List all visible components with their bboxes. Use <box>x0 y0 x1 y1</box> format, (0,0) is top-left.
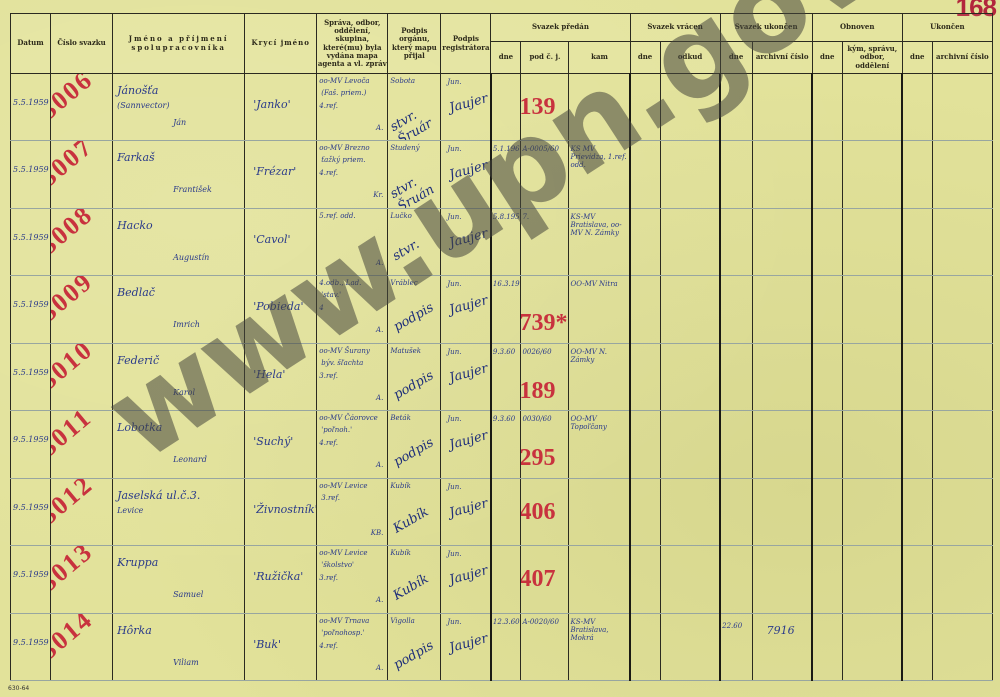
department-line: oo-MV Šurany <box>319 347 370 355</box>
department-line: A. <box>376 394 383 402</box>
cell-jmeno: Federič Karol <box>113 343 245 410</box>
cell-ukoncen-dne <box>720 546 752 613</box>
department-line: A. <box>376 124 383 132</box>
registrar-signature: Jaujer <box>448 428 490 453</box>
given-name-text: Augustín <box>173 253 209 262</box>
cell-ukoncen-archiv <box>752 411 812 478</box>
cell-predan-kam: KS-MV Bratislava, oo-MV N. Zámky <box>569 208 630 275</box>
cell-obnoven-kym <box>842 343 902 410</box>
register-stamp: 6139 <box>521 94 556 121</box>
cell-podpis-organu: Kubík Kubík <box>388 546 441 613</box>
department-line: 4.ref. <box>319 439 338 447</box>
cell-obnoven-dne <box>812 141 842 208</box>
header-sprava: Správa, odbor, oddělení, skupina, které(… <box>317 14 388 74</box>
department-line: oo-MV Levoča <box>319 77 369 85</box>
cell-predan-kam: OO-MV Topoľčany <box>569 411 630 478</box>
cell-cislo: 3008 <box>51 208 113 275</box>
cell-cislo: 3011 <box>51 411 113 478</box>
cell-kryci: 'Frézar' <box>245 141 317 208</box>
date-text: 9.5.1959 <box>13 435 49 444</box>
table-row: 9.5.1959 3012 Jaselská ul.č.3. Levice 'Ž… <box>11 478 993 545</box>
cell-predan-cj: 7. <box>521 208 569 275</box>
cell-podpis-organu: Matušek podpis <box>388 343 441 410</box>
cell-predan-cj: 6406 <box>521 478 569 545</box>
cell-obnoven-dne <box>812 208 842 275</box>
cell-datum: 9.5.1959 <box>11 546 51 613</box>
cell-vracen-odkud <box>660 343 720 410</box>
officer-name: Vráblec <box>390 279 417 287</box>
cell-podpis-registratora: Jun. Jaujer <box>441 546 491 613</box>
handover-destination: OO-MV Nitra <box>570 280 628 288</box>
codename-text: 'Hela' <box>253 368 285 381</box>
cell-ukoncen2-archiv <box>932 613 992 681</box>
cell-podpis-registratora: Jun. Jaujer <box>441 478 491 545</box>
department-line: 4.ref. <box>319 102 338 110</box>
handover-ref: 0026/60 <box>522 348 551 356</box>
cell-podpis-organu: Vráblec podpis <box>388 276 441 343</box>
header-obnoven: Obnoven <box>812 14 902 42</box>
cell-obnoven-kym <box>842 546 902 613</box>
table-row: 5.5.1959 3009 Bedlač Imrich 'Pobieda' 4.… <box>11 276 993 343</box>
officer-signature: Kubík <box>391 504 432 536</box>
cell-podpis-registratora: Jun. Jaujer <box>441 141 491 208</box>
cell-podpis-registratora: Jun. Jaujer <box>441 74 491 141</box>
subheader-ukoncen-dne: dne <box>720 42 752 74</box>
officer-signature: stvr. Šruán <box>388 165 441 208</box>
cell-sprava: oo-MV Trnava 'poľnohosp.' 4.ref. A. <box>317 613 388 681</box>
cell-datum: 9.5.1959 <box>11 478 51 545</box>
handover-date: 9.3.60 <box>493 415 515 423</box>
department-line: 'poľnoh.' <box>321 426 352 434</box>
registrar-signature: Jaujer <box>448 361 490 386</box>
registrar-title: Jun. <box>447 348 461 356</box>
closed-date: 22.60 <box>722 622 742 630</box>
header-svazek-predan: Svazek předán <box>491 14 630 42</box>
cell-obnoven-kym <box>842 276 902 343</box>
file-number-stamp: 3012 <box>51 478 99 531</box>
table-row: 9.5.1959 3011 Lobotka Leonard 'Suchý' oo… <box>11 411 993 478</box>
cell-kryci: 'Pobieda' <box>245 276 317 343</box>
cell-ukoncen-dne <box>720 478 752 545</box>
department-line: 'poľnohosp.' <box>321 629 364 637</box>
surname-text: Kruppa <box>117 556 158 569</box>
officer-signature: podpis <box>392 638 437 673</box>
date-text: 9.5.1959 <box>13 503 49 512</box>
codename-text: 'Cavol' <box>253 233 290 246</box>
codename-text: 'Ružička' <box>253 570 303 583</box>
department-line: 'stav.' <box>321 291 341 299</box>
cell-predan-dne: 12.3.60 <box>491 613 521 681</box>
cell-predan-dne: 16.3.1960 <box>491 276 521 343</box>
form-code: 630-64 <box>8 685 29 692</box>
register-stamp: 6739*- <box>521 310 569 337</box>
registrar-signature: Jaujer <box>448 159 490 184</box>
codename-text: 'Suchý' <box>253 435 293 448</box>
table-row: 5.5.1959 3006 Jánošťa (Sannvector) Ján '… <box>11 74 993 141</box>
cell-predan-kam <box>569 74 630 141</box>
handover-destination: KS MV Prievidza, 1.ref. odd. <box>570 145 628 169</box>
cell-obnoven-kym <box>842 141 902 208</box>
cell-predan-kam: KS-MV Bratislava, Mokrá <box>569 613 630 681</box>
cell-sprava: oo-MV Levoča (Faš. priem.) 4.ref. A. <box>317 74 388 141</box>
cell-ukoncen2-archiv <box>932 276 992 343</box>
cell-vracen-dne <box>630 74 660 141</box>
department-line: A. <box>376 461 383 469</box>
officer-signature: stvr. <box>390 237 422 264</box>
cell-ukoncen-archiv <box>752 208 812 275</box>
codename-text: 'Pobieda' <box>253 300 303 313</box>
given-name-text: Viliam <box>173 658 199 667</box>
cell-predan-cj: 6139 <box>521 74 569 141</box>
cell-cislo: 3013 <box>51 546 113 613</box>
cell-obnoven-dne <box>812 546 842 613</box>
codename-text: 'Frézar' <box>253 165 296 178</box>
cell-datum: 5.5.1959 <box>11 208 51 275</box>
department-line: oo-MV Trnava <box>319 617 369 625</box>
department-line: oo-MV Levice <box>319 482 367 490</box>
handover-ref: 7. <box>522 213 529 221</box>
cell-cislo: 3006 <box>51 74 113 141</box>
cell-podpis-organu: Sobota stvr. Šruár <box>388 74 441 141</box>
cell-jmeno: Kruppa Samuel <box>113 546 245 613</box>
cell-vracen-odkud <box>660 411 720 478</box>
cell-ukoncen-dne <box>720 276 752 343</box>
department-line: 4.odb., Lad. <box>319 279 361 287</box>
cell-datum: 5.5.1959 <box>11 141 51 208</box>
registrar-title: Jun. <box>447 213 461 221</box>
department-line: oo-MV Čáorovce <box>319 414 378 422</box>
date-text: 9.5.1959 <box>13 638 49 647</box>
file-number-stamp: 3014 <box>51 613 99 666</box>
cell-predan-cj: A-0005/60 <box>521 141 569 208</box>
cell-jmeno: Lobotka Leonard <box>113 411 245 478</box>
cell-cislo: 3009 <box>51 276 113 343</box>
cell-cislo: 3014 <box>51 613 113 681</box>
date-text: 5.5.1959 <box>13 165 49 174</box>
cell-vracen-odkud <box>660 208 720 275</box>
department-line: A. <box>376 326 383 334</box>
given-name-text: Leonard <box>173 455 207 464</box>
officer-name: Studený <box>390 144 419 152</box>
registrar-signature: Jaujer <box>448 563 490 588</box>
register-stamp: 6295 <box>521 445 556 472</box>
cell-ukoncen-archiv: 7916 <box>752 613 812 681</box>
cell-ukoncen2-archiv <box>932 343 992 410</box>
cell-podpis-registratora: Jun. Jaujer <box>441 411 491 478</box>
cell-jmeno: Bedlač Imrich <box>113 276 245 343</box>
handover-destination: OO-MV N. Zámky <box>570 348 628 364</box>
registrar-signature: Jaujer <box>448 91 490 116</box>
register-stamp: 6406 <box>521 499 556 526</box>
cell-ukoncen-archiv <box>752 343 812 410</box>
cell-ukoncen2-archiv <box>932 478 992 545</box>
department-line: 3.ref. <box>319 574 338 582</box>
cell-ukoncen-dne <box>720 343 752 410</box>
cell-vracen-odkud <box>660 141 720 208</box>
officer-name: Vigolla <box>390 617 415 625</box>
officer-signature: podpis <box>392 300 437 335</box>
cell-kryci: 'Janko' <box>245 74 317 141</box>
department-line: ťažký priem. <box>321 156 365 164</box>
header-datum: Datum <box>11 14 51 74</box>
file-number-stamp: 3010 <box>51 343 99 396</box>
cell-ukoncen2-dne <box>902 276 932 343</box>
cell-sprava: oo-MV Šurany býv. šľachta 3.ref. A. <box>317 343 388 410</box>
cell-vracen-odkud <box>660 74 720 141</box>
officer-signature: Kubík <box>391 572 432 604</box>
cell-vracen-dne <box>630 141 660 208</box>
surname-text: Lobotka <box>117 421 162 434</box>
given-name-text: František <box>173 185 212 194</box>
cell-predan-dne <box>491 478 521 545</box>
cell-predan-kam <box>569 478 630 545</box>
cell-podpis-organu: Vigolla podpis <box>388 613 441 681</box>
cell-obnoven-kym <box>842 208 902 275</box>
cell-obnoven-dne <box>812 343 842 410</box>
codename-text: 'Janko' <box>253 98 290 111</box>
cell-ukoncen2-archiv <box>932 411 992 478</box>
cell-predan-cj: 0030/606295 <box>521 411 569 478</box>
codename-text: 'Živnostník' <box>253 503 317 516</box>
cell-ukoncen-archiv <box>752 276 812 343</box>
officer-name: Beták <box>390 414 411 422</box>
cell-datum: 5.5.1959 <box>11 74 51 141</box>
department-line: KB. <box>371 529 384 537</box>
department-line: oo-MV Levice <box>319 549 367 557</box>
department-line: 4 <box>319 304 323 312</box>
cell-obnoven-kym <box>842 478 902 545</box>
header-podpis-registratora: Podpis registrátora <box>441 14 491 74</box>
officer-signature: stvr. Šruár <box>388 98 441 141</box>
cell-ukoncen-archiv <box>752 546 812 613</box>
cell-podpis-organu: Lučko stvr. <box>388 208 441 275</box>
cell-ukoncen-dne <box>720 411 752 478</box>
cell-sprava: 4.odb., Lad. 'stav.' 4 A. <box>317 276 388 343</box>
cell-predan-dne <box>491 74 521 141</box>
surname-text: Federič <box>117 354 159 367</box>
cell-obnoven-kym <box>842 613 902 681</box>
given-name-text: Imrich <box>173 320 200 329</box>
officer-name: Sobota <box>390 77 415 85</box>
cell-ukoncen-archiv <box>752 478 812 545</box>
handover-destination: OO-MV Topoľčany <box>570 415 628 431</box>
handover-date: 9.3.60 <box>493 348 515 356</box>
cell-kryci: 'Buk' <box>245 613 317 681</box>
cell-predan-cj: A-0020/60 <box>521 613 569 681</box>
cell-ukoncen2-dne <box>902 343 932 410</box>
given-name-text: Ján <box>173 118 186 127</box>
cell-predan-cj: 6739*- <box>521 276 569 343</box>
cell-jmeno: Hacko Augustín <box>113 208 245 275</box>
cell-predan-kam: OO-MV Nitra <box>569 276 630 343</box>
cell-obnoven-dne <box>812 613 842 681</box>
department-line: 4.ref. <box>319 642 338 650</box>
cell-vracen-odkud <box>660 276 720 343</box>
handover-date: 5.8.1959 <box>493 213 521 221</box>
cell-predan-dne <box>491 546 521 613</box>
file-number-stamp: 3011 <box>51 411 98 464</box>
cell-obnoven-dne <box>812 478 842 545</box>
cell-predan-kam: OO-MV N. Zámky <box>569 343 630 410</box>
cell-jmeno: Farkaš František <box>113 141 245 208</box>
table-row: 5.5.1959 3007 Farkaš František 'Frézar' … <box>11 141 993 208</box>
cell-sprava: oo-MV Levice 'školstvo' 3.ref. A. <box>317 546 388 613</box>
file-number-stamp: 3008 <box>51 208 99 261</box>
subheader-obnoven-dne: dne <box>812 42 842 74</box>
cell-podpis-registratora: Jun. Jaujer <box>441 276 491 343</box>
surname-text: Hôrka <box>117 624 152 637</box>
cell-ukoncen2-archiv <box>932 208 992 275</box>
cell-kryci: 'Ružička' <box>245 546 317 613</box>
cell-cislo: 3012 <box>51 478 113 545</box>
header-ukoncen: Ukončen <box>902 14 992 42</box>
ledger-sheet: 168 Datum Číslo svazku Jméno a příjmení … <box>0 0 1000 697</box>
cell-vracen-odkud <box>660 478 720 545</box>
cell-ukoncen2-archiv <box>932 74 992 141</box>
cell-ukoncen2-archiv <box>932 546 992 613</box>
handover-destination: KS-MV Bratislava, oo-MV N. Zámky <box>570 213 628 237</box>
cell-datum: 9.5.1959 <box>11 411 51 478</box>
header-kryci-jmeno: Krycí jméno <box>245 14 317 74</box>
cell-jmeno: Hôrka Viliam <box>113 613 245 681</box>
cell-ukoncen2-dne <box>902 74 932 141</box>
note-text: Levice <box>117 506 143 515</box>
cell-vracen-dne <box>630 208 660 275</box>
officer-signature: podpis <box>392 368 437 403</box>
cell-kryci: 'Hela' <box>245 343 317 410</box>
table-row: 5.5.1959 3010 Federič Karol 'Hela' oo-MV… <box>11 343 993 410</box>
cell-ukoncen2-dne <box>902 546 932 613</box>
date-text: 5.5.1959 <box>13 98 49 107</box>
registrar-title: Jun. <box>447 78 461 86</box>
cell-podpis-organu: Kubík Kubík <box>388 478 441 545</box>
registrar-signature: Jaujer <box>448 496 490 521</box>
surname-text: Bedlač <box>117 286 155 299</box>
subheader-vracen-dne: dne <box>630 42 660 74</box>
subheader-ukoncen2-archiv: archivní číslo <box>932 42 992 74</box>
handover-ref: A-0020/60 <box>522 618 559 626</box>
archive-number: 7916 <box>767 624 795 637</box>
given-name-text: Karol <box>173 388 195 397</box>
registrar-title: Jun. <box>447 145 461 153</box>
ledger-body: 5.5.1959 3006 Jánošťa (Sannvector) Ján '… <box>11 74 993 681</box>
cell-sprava: oo-MV Levice 3.ref. KB. <box>317 478 388 545</box>
cell-ukoncen-dne <box>720 141 752 208</box>
cell-vracen-dne <box>630 411 660 478</box>
header-cislo-svazku: Číslo svazku <box>51 14 113 74</box>
header-svazek-ukoncen: Svazek ukončen <box>720 14 812 42</box>
cell-kryci: 'Živnostník' <box>245 478 317 545</box>
officer-signature: podpis <box>392 435 437 470</box>
date-text: 5.5.1959 <box>13 233 49 242</box>
cell-podpis-organu: Studený stvr. Šruán <box>388 141 441 208</box>
file-number-stamp: 3006 <box>51 74 99 127</box>
subheader-ukoncen-archiv: archivní číslo <box>752 42 812 74</box>
file-number-stamp: 3013 <box>51 546 99 599</box>
registrar-signature: Jaujer <box>448 631 490 656</box>
cell-podpis-registratora: Jun. Jaujer <box>441 208 491 275</box>
registrar-signature: Jaujer <box>448 226 490 251</box>
subheader-predan-kam: kam <box>569 42 630 74</box>
surname-text: Hacko <box>117 219 153 232</box>
cell-predan-cj: 6407 <box>521 546 569 613</box>
cell-predan-kam: KS MV Prievidza, 1.ref. odd. <box>569 141 630 208</box>
cell-predan-kam <box>569 546 630 613</box>
table-row: 5.5.1959 3008 Hacko Augustín 'Cavol' 5.r… <box>11 208 993 275</box>
date-text: 9.5.1959 <box>13 570 49 579</box>
cell-obnoven-dne <box>812 411 842 478</box>
cell-obnoven-kym <box>842 411 902 478</box>
handover-date: 16.3.1960 <box>493 280 521 288</box>
header-jmeno: Jméno a příjmení spolupracovníka <box>113 14 245 74</box>
cell-sprava: oo-MV Brezno ťažký priem. 4.ref. Kr. <box>317 141 388 208</box>
surname-text: Jánošťa <box>117 84 158 97</box>
cell-predan-dne: 5.8.1959 <box>491 208 521 275</box>
department-line: (Faš. priem.) <box>321 89 366 97</box>
cell-podpis-registratora: Jun. Jaujer <box>441 613 491 681</box>
cell-predan-dne: 9.3.60 <box>491 343 521 410</box>
registrar-signature: Jaujer <box>448 293 490 318</box>
cell-ukoncen-dne: 22.60 <box>720 613 752 681</box>
note-text: (Sannvector) <box>117 101 169 110</box>
officer-name: Kubík <box>390 482 411 490</box>
cell-vracen-dne <box>630 546 660 613</box>
registrar-title: Jun. <box>447 280 461 288</box>
cell-obnoven-dne <box>812 276 842 343</box>
cell-ukoncen2-archiv <box>932 141 992 208</box>
department-line: 4.ref. <box>319 169 338 177</box>
officer-name: Matušek <box>390 347 421 355</box>
surname-text: Jaselská ul.č.3. <box>117 489 200 502</box>
cell-podpis-organu: Beták podpis <box>388 411 441 478</box>
handover-ref: A-0005/60 <box>522 145 559 153</box>
cell-ukoncen-dne <box>720 208 752 275</box>
cell-cislo: 3010 <box>51 343 113 410</box>
date-text: 5.5.1959 <box>13 300 49 309</box>
register-stamp: 6407 <box>521 566 556 593</box>
registry-ledger-table: Datum Číslo svazku Jméno a příjmení spol… <box>10 13 993 681</box>
subheader-vracen-odkud: odkud <box>660 42 720 74</box>
department-line: Kr. <box>373 191 383 199</box>
handover-date: 12.3.60 <box>493 618 520 626</box>
cell-kryci: 'Cavol' <box>245 208 317 275</box>
registrar-title: Jun. <box>447 618 461 626</box>
department-line: oo-MV Brezno <box>319 144 369 152</box>
cell-obnoven-kym <box>842 74 902 141</box>
officer-name: Kubík <box>390 549 411 557</box>
handover-destination: KS-MV Bratislava, Mokrá <box>570 618 628 642</box>
surname-text: Farkaš <box>117 151 155 164</box>
cell-ukoncen2-dne <box>902 208 932 275</box>
cell-cislo: 3007 <box>51 141 113 208</box>
file-number-stamp: 3009 <box>51 276 99 329</box>
subheader-obnoven-kym: kým, správu, odbor, oddělení <box>842 42 902 74</box>
cell-sprava: oo-MV Čáorovce 'poľnoh.' 4.ref. A. <box>317 411 388 478</box>
header-podpis-organu: Podpis orgánu, který mapu přijal <box>388 14 441 74</box>
date-text: 5.5.1959 <box>13 368 49 377</box>
cell-ukoncen-archiv <box>752 74 812 141</box>
codename-text: 'Buk' <box>253 638 281 651</box>
department-line: 'školstvo' <box>321 561 354 569</box>
department-line: A. <box>376 596 383 604</box>
cell-vracen-dne <box>630 343 660 410</box>
cell-vracen-dne <box>630 478 660 545</box>
cell-ukoncen-dne <box>720 74 752 141</box>
registrar-title: Jun. <box>447 483 461 491</box>
officer-name: Lučko <box>390 212 412 220</box>
cell-jmeno: Jánošťa (Sannvector) Ján <box>113 74 245 141</box>
department-line: A. <box>376 664 383 672</box>
